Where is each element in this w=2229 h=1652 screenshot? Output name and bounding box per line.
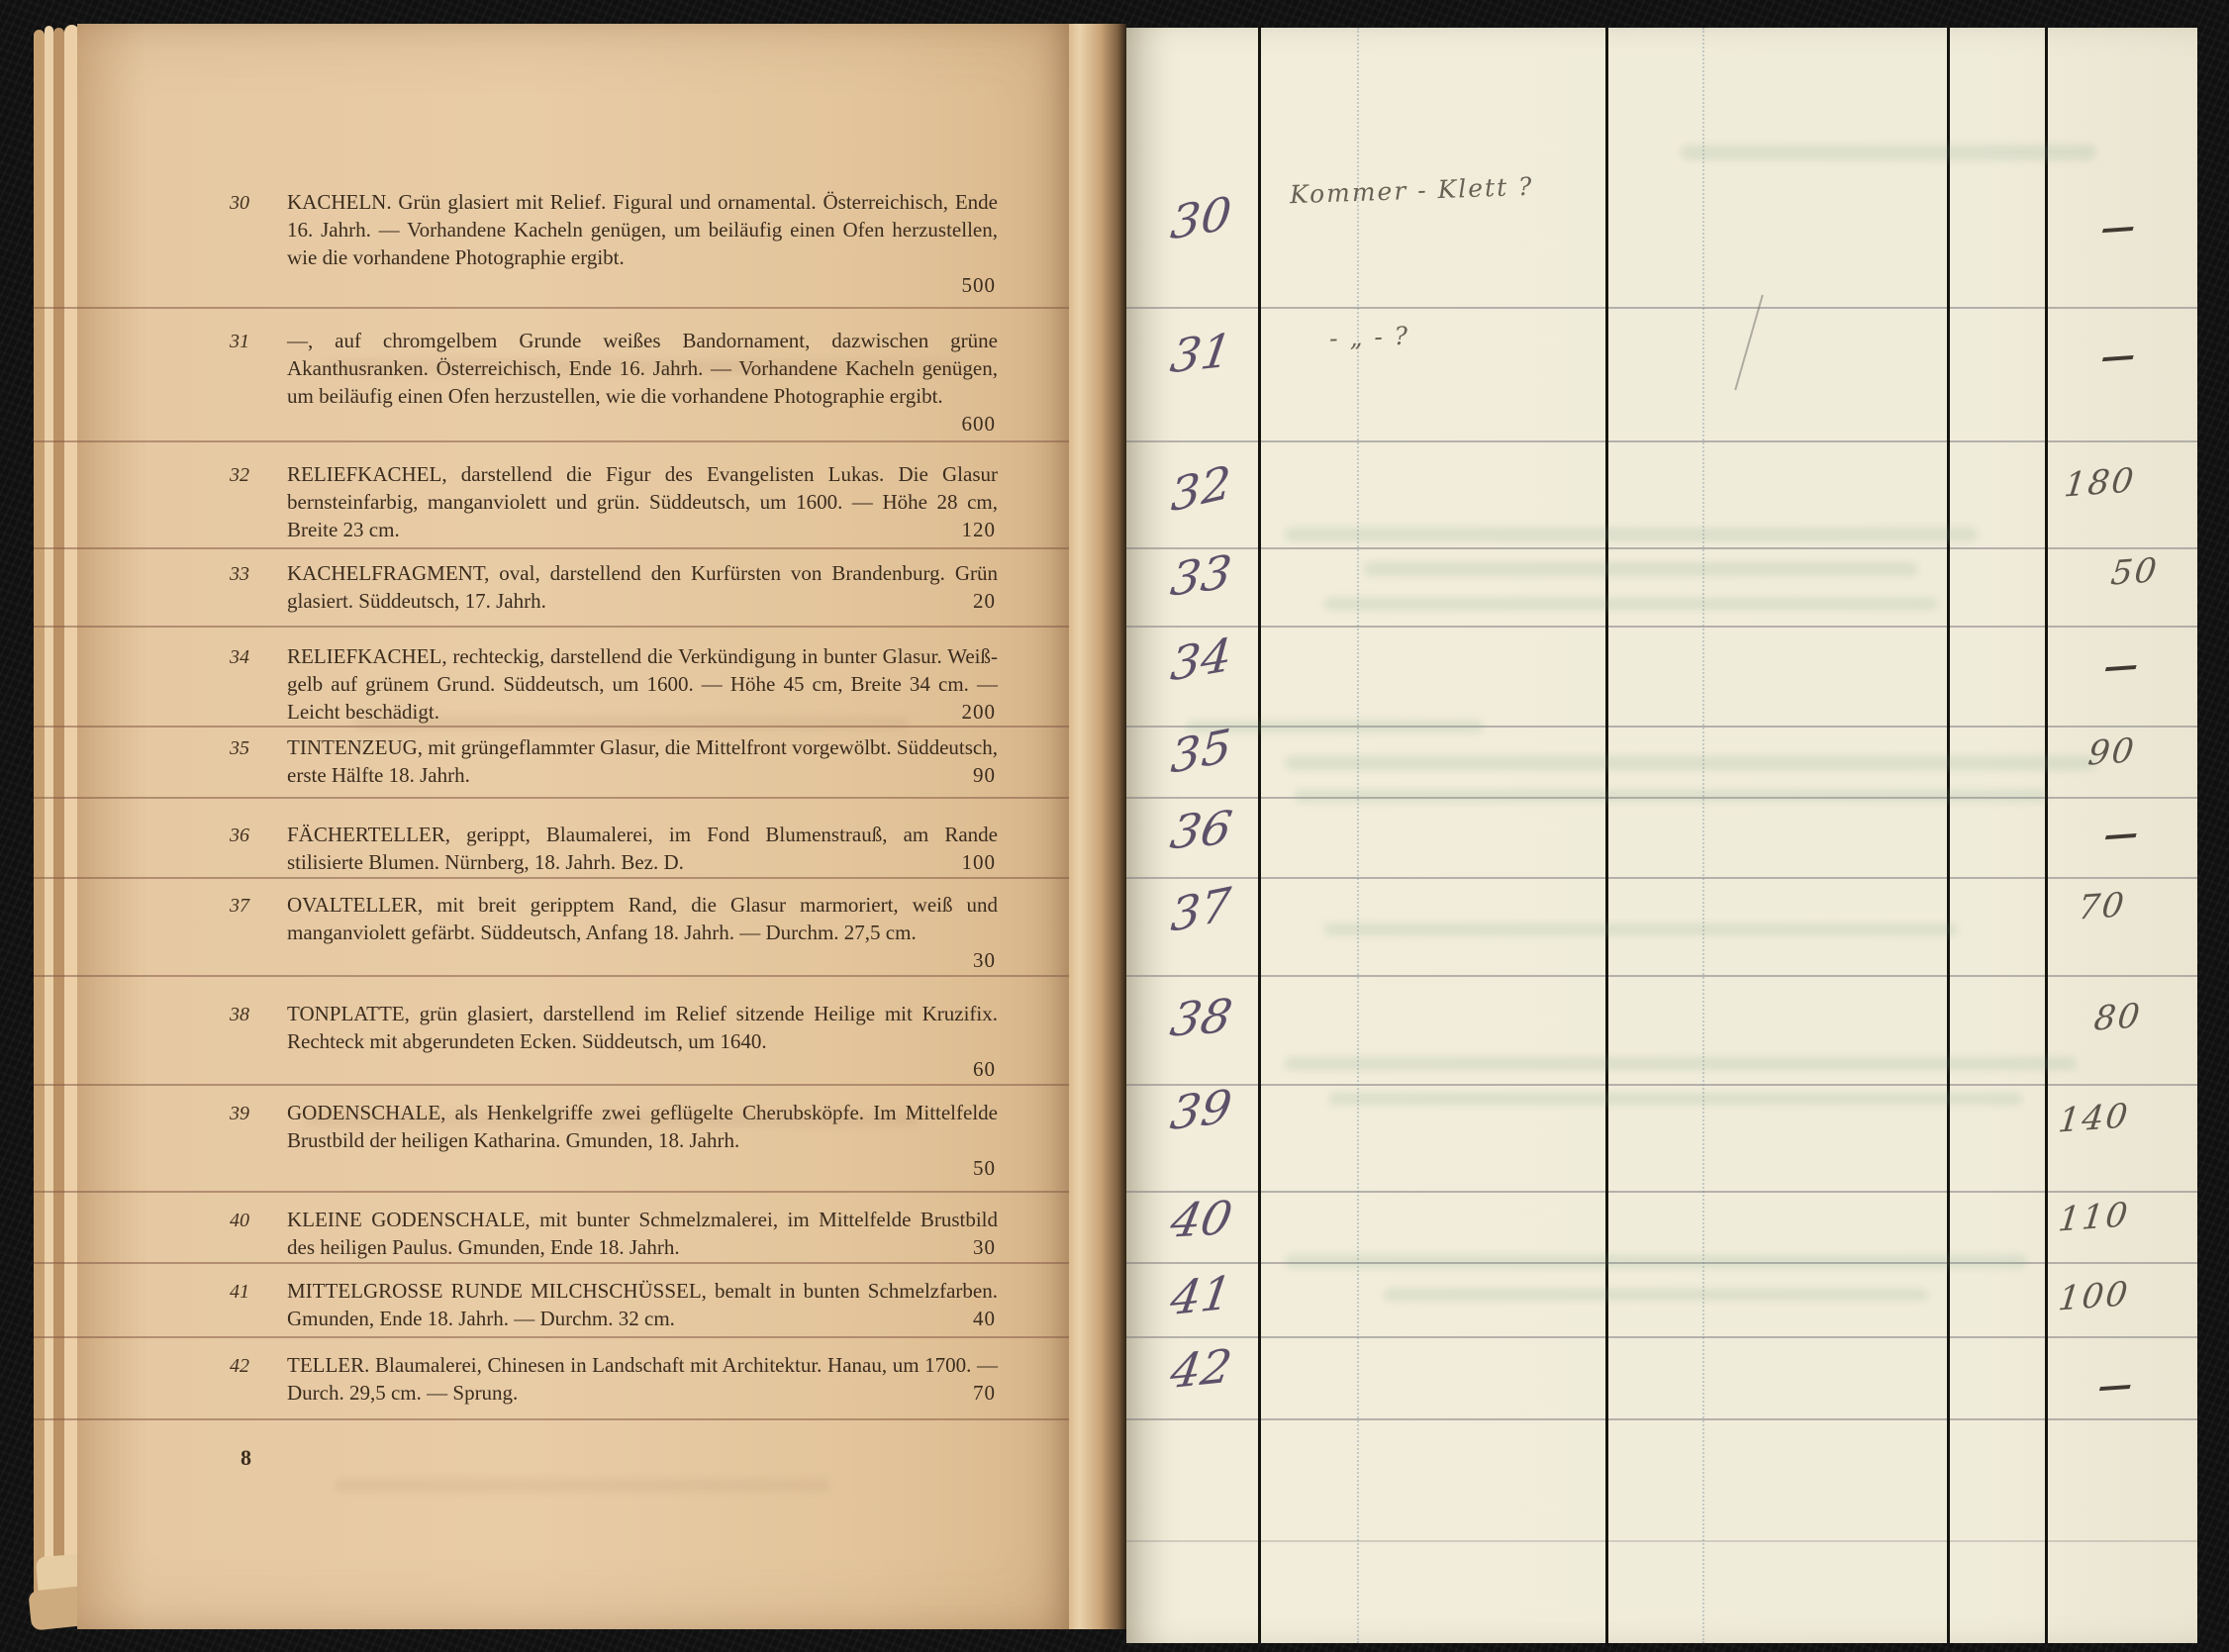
lot-number: 31 xyxy=(230,328,273,355)
handwritten-price: 110 xyxy=(2057,1196,2132,1240)
lot-description: RELIEFKACHEL, rechteckig, darstellend di… xyxy=(287,642,998,726)
lot-estimate-price: 50 xyxy=(973,1154,996,1182)
bleed-through xyxy=(1285,1057,2077,1070)
bleed-through xyxy=(1324,923,1958,935)
bleed-through xyxy=(1285,756,2096,770)
lot-estimate-price: 70 xyxy=(973,1379,996,1407)
row-separator-line xyxy=(1126,1336,2197,1338)
row-separator-line xyxy=(1126,440,2197,442)
handwritten-note: - „ - ? xyxy=(1329,322,1410,353)
handwritten-price: 50 xyxy=(2109,550,2161,593)
page-edge xyxy=(53,28,64,1621)
handwritten-lot-number: 41 xyxy=(1167,1262,1276,1326)
catalog-item: 41MITTELGROSSE RUNDE MILCHSCHÜSSEL, bema… xyxy=(287,1277,998,1332)
page-number: 8 xyxy=(241,1445,251,1471)
row-separator-line xyxy=(1126,307,2197,309)
handwritten-price: 80 xyxy=(2092,996,2144,1038)
handwritten-lot-number: 40 xyxy=(1166,1189,1277,1248)
lot-description: KACHELN. Grün glasiert mit Relief. Figur… xyxy=(287,188,998,271)
handwritten-lot-number: 31 xyxy=(1167,320,1276,384)
bleed-through xyxy=(354,717,909,729)
lot-number: 34 xyxy=(230,643,273,671)
handwritten-lot-number: 36 xyxy=(1167,798,1277,861)
bleed-through xyxy=(325,360,958,374)
page-edge xyxy=(45,26,53,1621)
lot-estimate-price: 40 xyxy=(973,1305,996,1332)
lot-number: 33 xyxy=(230,560,273,588)
lot-estimate-price: 120 xyxy=(962,516,997,543)
lot-description: GODENSCHALE, als Henkelgriffe zwei geflü… xyxy=(287,1099,998,1154)
column-rule xyxy=(2045,28,2048,1643)
row-separator-line xyxy=(34,547,1069,549)
catalog-item: 34RELIEFKACHEL, rechteckig, darstellend … xyxy=(287,642,998,726)
column-rule-dotted xyxy=(1702,28,1704,1643)
row-separator-line xyxy=(34,1084,1069,1086)
catalog-item: 39GODENSCHALE, als Henkelgriffe zwei gef… xyxy=(287,1099,998,1182)
row-separator-line xyxy=(1126,1418,2197,1420)
lot-estimate-price: 20 xyxy=(973,587,996,615)
handwritten-price: — xyxy=(2102,645,2143,687)
lot-estimate-price: 30 xyxy=(973,1233,996,1261)
lot-description: RELIEFKACHEL, darstellend die Figur des … xyxy=(287,460,998,543)
row-separator-line xyxy=(34,877,1069,879)
row-separator-line xyxy=(34,440,1069,442)
row-separator-line xyxy=(34,797,1069,799)
catalog-item: 36FÄCHERTELLER, gerippt, Blaumalerei, im… xyxy=(287,821,998,876)
handwritten-price: — xyxy=(2099,207,2140,248)
lot-estimate-price: 90 xyxy=(973,761,996,789)
row-separator-line xyxy=(34,1191,1069,1193)
lot-description: TELLER. Blaumalerei, Chinesen in Landsch… xyxy=(287,1351,998,1407)
row-separator-line xyxy=(34,975,1069,977)
catalog-item: 42TELLER. Blaumalerei, Chinesen in Lands… xyxy=(287,1351,998,1407)
bleed-through xyxy=(1384,1289,1928,1301)
catalog-item: 33KACHELFRAGMENT, oval, darstellend den … xyxy=(287,559,998,615)
lot-number: 32 xyxy=(230,461,273,489)
column-rule xyxy=(1947,28,1950,1643)
bleed-through xyxy=(1329,1093,2022,1105)
row-separator-line xyxy=(1126,1191,2197,1193)
page-edge xyxy=(34,30,45,1619)
binding-gutter xyxy=(1069,24,1126,1629)
catalog-item: 37OVALTELLER, mit breit geripptem Rand, … xyxy=(287,891,998,974)
bleed-through xyxy=(335,1479,829,1492)
catalog-item: 32RELIEFKACHEL, darstellend die Figur de… xyxy=(287,460,998,543)
lot-number: 35 xyxy=(230,734,273,762)
lot-description: KLEINE GODENSCHALE, mit bunter Schmelzma… xyxy=(287,1206,998,1261)
bleed-through xyxy=(1364,562,1918,576)
handwritten-note: Kommer - Klett ? xyxy=(1290,172,1534,210)
catalog-item: 40KLEINE GODENSCHALE, mit bunter Schmelz… xyxy=(287,1206,998,1261)
lot-description: OVALTELLER, mit breit geripptem Rand, di… xyxy=(287,891,998,946)
pencil-stroke xyxy=(1734,295,1763,391)
lot-description: KACHELFRAGMENT, oval, darstellend den Ku… xyxy=(287,559,998,615)
row-separator-line xyxy=(1126,975,2197,977)
bleed-through xyxy=(1285,528,1978,541)
handwritten-price: — xyxy=(2102,814,2143,855)
lot-number: 40 xyxy=(230,1207,273,1234)
bleed-through xyxy=(1295,790,2047,802)
lot-estimate-price: 60 xyxy=(973,1055,996,1083)
catalog-item: 35TINTENZEUG, mit grüngeflammter Glasur,… xyxy=(287,733,998,789)
handwritten-price: 180 xyxy=(2063,461,2138,506)
lot-number: 41 xyxy=(230,1278,273,1306)
row-separator-line xyxy=(34,1262,1069,1264)
bleed-through xyxy=(1681,145,2096,160)
handwritten-price: 100 xyxy=(2057,1275,2132,1319)
handwritten-price: — xyxy=(2099,336,2140,377)
row-separator-line xyxy=(1126,1084,2197,1086)
row-separator-line xyxy=(34,1418,1069,1420)
handwritten-lot-number: 42 xyxy=(1167,1335,1276,1400)
lot-estimate-price: 100 xyxy=(962,848,997,876)
row-separator-line xyxy=(34,626,1069,628)
handwritten-price: 70 xyxy=(2077,885,2128,927)
row-separator-line xyxy=(1126,626,2197,628)
row-separator-line xyxy=(34,307,1069,309)
lot-description: TINTENZEUG, mit grüngeflammter Glasur, d… xyxy=(287,733,998,789)
lot-description: TONPLATTE, grün glasiert, darstellend im… xyxy=(287,1000,998,1055)
lot-description: FÄCHERTELLER, gerippt, Blaumalerei, im F… xyxy=(287,821,998,876)
handwritten-price: — xyxy=(2096,1365,2137,1407)
row-separator-line xyxy=(34,1336,1069,1338)
row-separator-line xyxy=(1126,547,2197,549)
lot-number: 36 xyxy=(230,822,273,849)
ledger-page: 30—Kommer - Klett ?31—- „ - ?32180335034… xyxy=(1126,28,2197,1643)
lot-estimate-price: 30 xyxy=(973,946,996,974)
catalog-item: 38TONPLATTE, grün glasiert, darstellend … xyxy=(287,1000,998,1083)
row-separator-line xyxy=(1126,1540,2197,1542)
catalog-item: 31—, auf chromgelbem Grunde weißes Bando… xyxy=(287,327,998,437)
catalog-item: 30KACHELN. Grün glasiert mit Relief. Fig… xyxy=(287,188,998,299)
lot-number: 38 xyxy=(230,1001,273,1028)
column-rule-dotted xyxy=(1357,28,1359,1643)
lot-description: MITTELGROSSE RUNDE MILCHSCHÜSSEL, bemalt… xyxy=(287,1277,998,1332)
bleed-through xyxy=(1285,1255,2027,1268)
lot-estimate-price: 500 xyxy=(962,271,997,299)
handwritten-price: 140 xyxy=(2057,1097,2132,1141)
handwritten-price: 90 xyxy=(2086,730,2138,773)
lot-number: 37 xyxy=(230,892,273,920)
bleed-through xyxy=(1324,598,1938,610)
bleed-through xyxy=(305,1113,919,1126)
handwritten-lot-number: 38 xyxy=(1166,987,1276,1048)
lot-number: 39 xyxy=(230,1100,273,1127)
lot-number: 30 xyxy=(230,189,273,217)
row-separator-line xyxy=(1126,877,2197,879)
printed-catalog-page: 8 30KACHELN. Grün glasiert mit Relief. F… xyxy=(77,24,1069,1629)
lot-estimate-price: 200 xyxy=(962,698,997,726)
lot-number: 42 xyxy=(230,1352,273,1380)
column-rule xyxy=(1605,28,1608,1643)
book-scan: 8 30KACHELN. Grün glasiert mit Relief. F… xyxy=(0,0,2229,1652)
lot-estimate-price: 600 xyxy=(962,410,997,437)
